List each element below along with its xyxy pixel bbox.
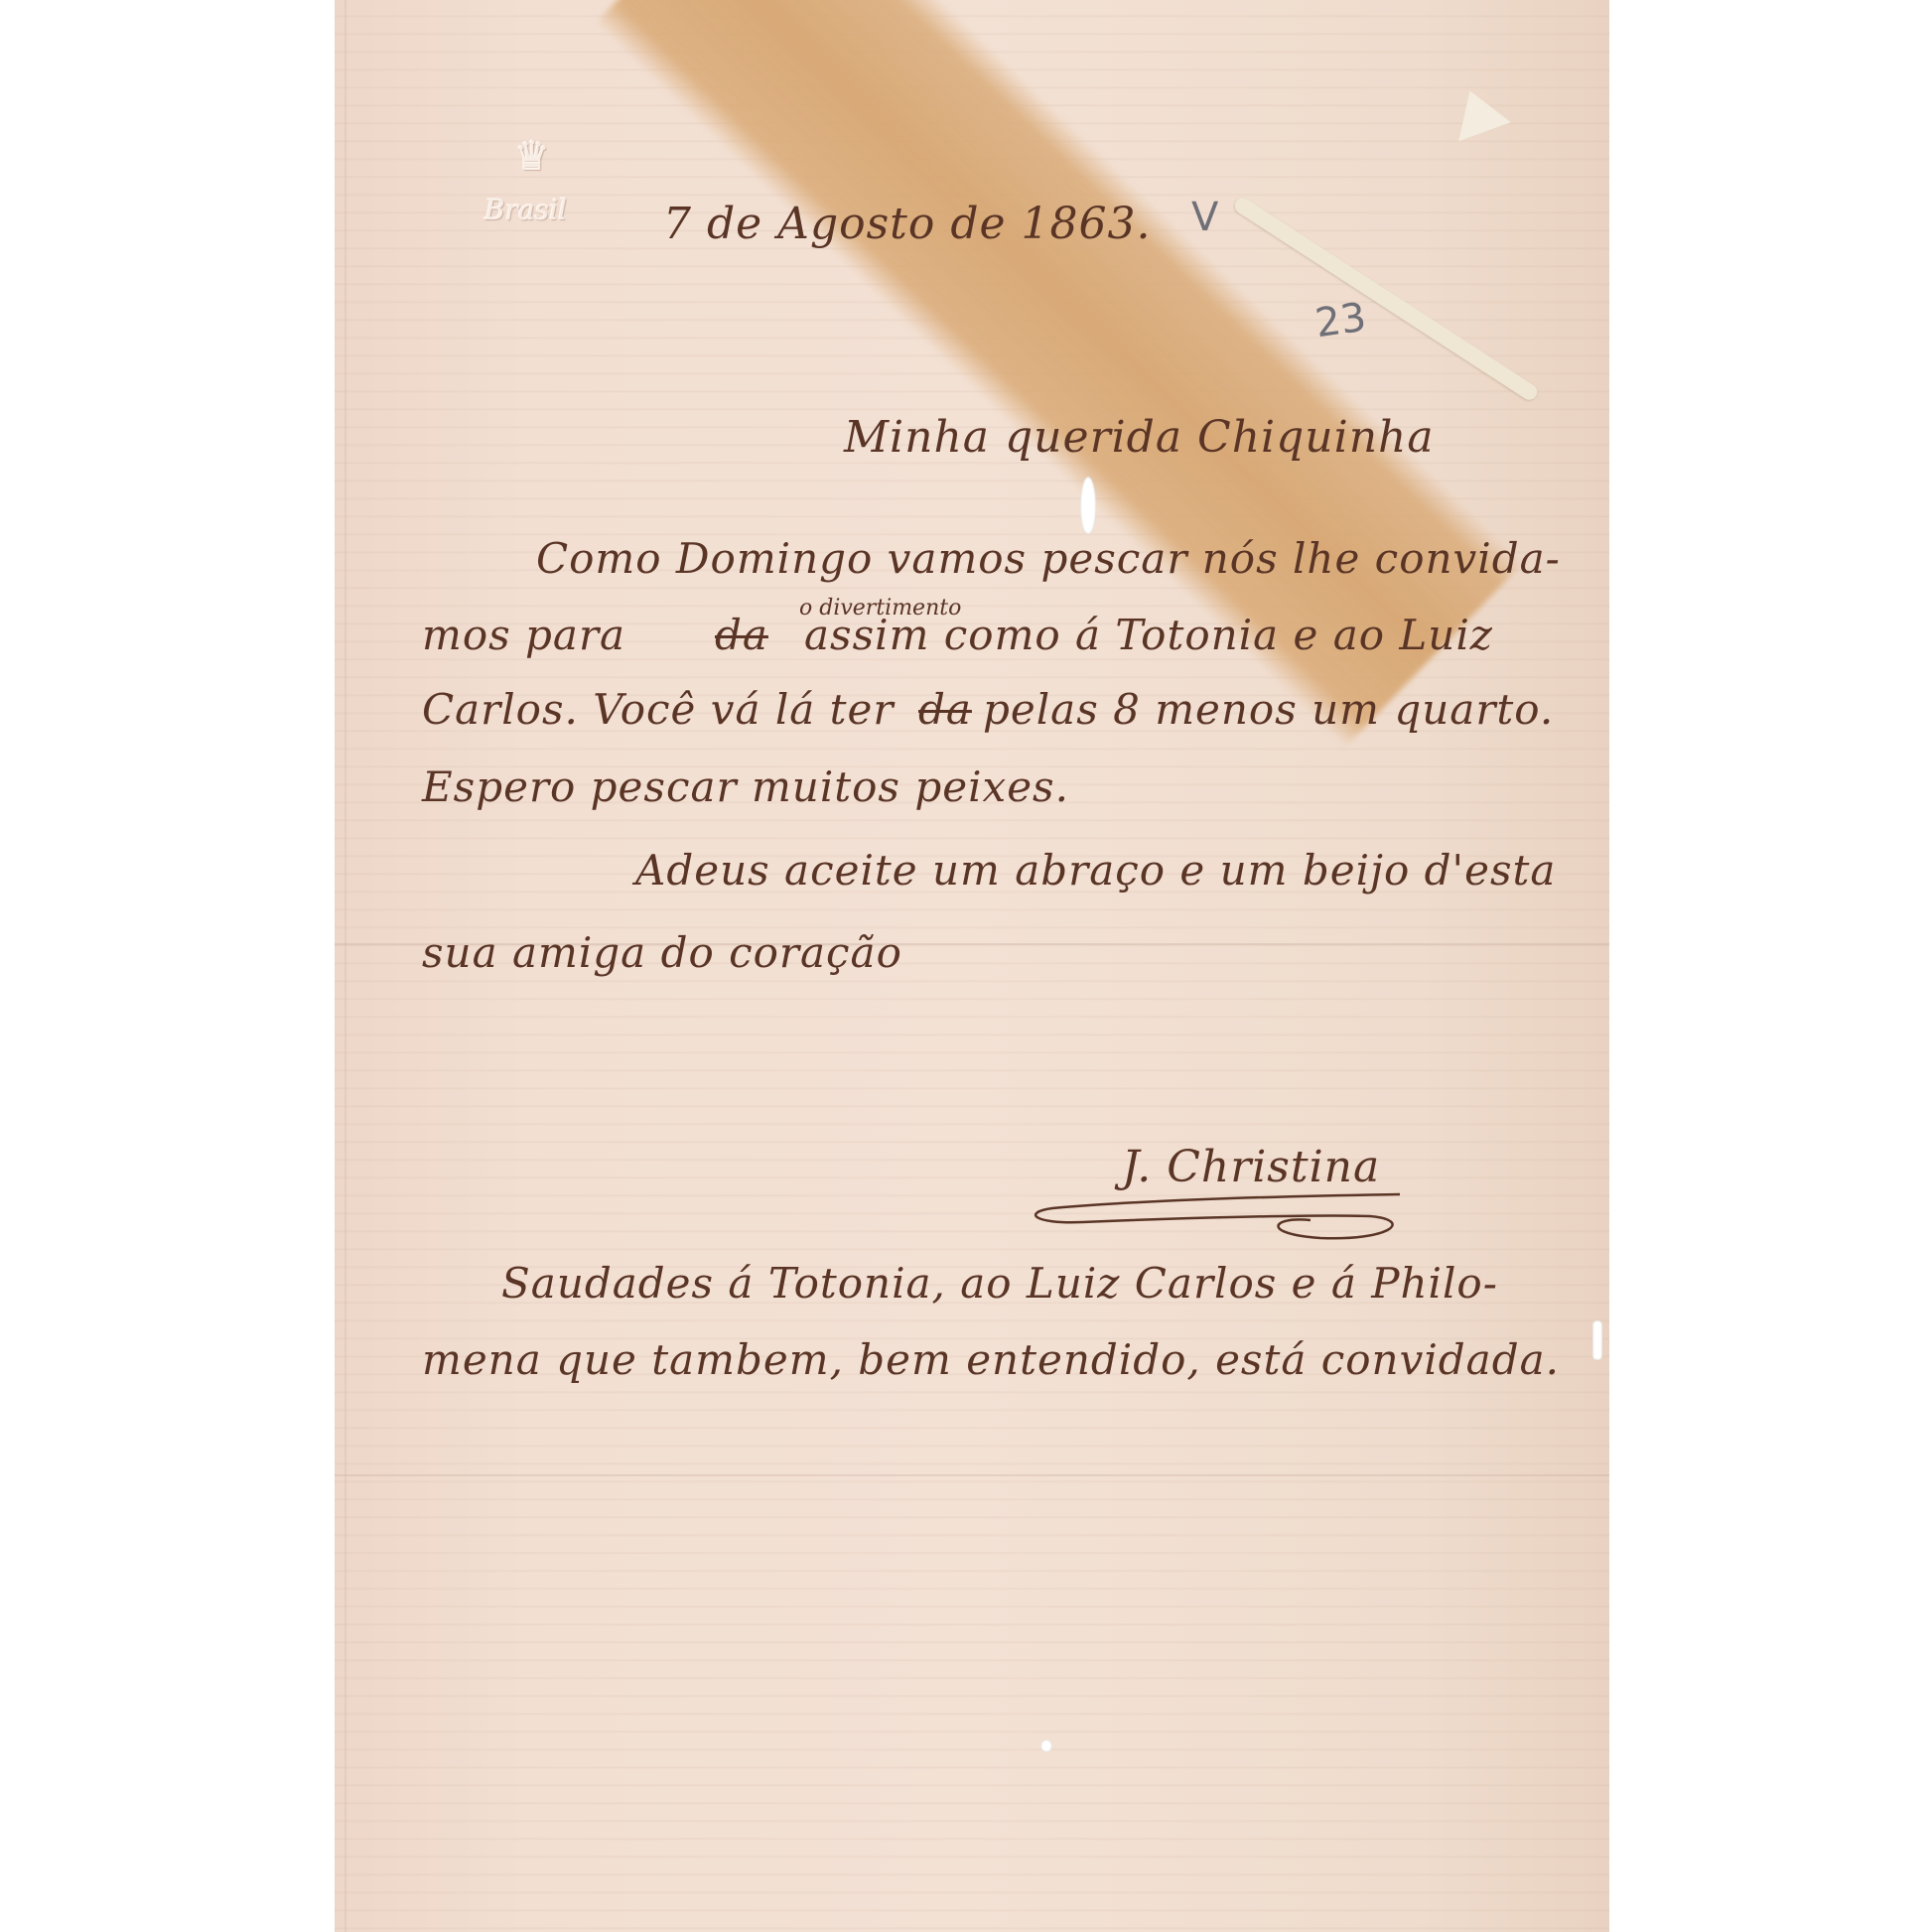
- tape-residue: [1444, 81, 1511, 141]
- crown-icon: ♛: [514, 134, 550, 180]
- archive-check-mark: V: [1191, 195, 1218, 240]
- body-line: Adeus aceite um abraço e um beijo d'esta: [635, 846, 1556, 895]
- paper-tear: [1592, 1320, 1602, 1360]
- paper-hole: [1040, 1739, 1052, 1752]
- letterhead-emboss-text: Brasil: [484, 194, 567, 226]
- body-line: assim como á Totonia e ao Luiz: [804, 611, 1493, 659]
- letter-date: 7 de Agosto de 1863.: [663, 199, 1152, 249]
- struck-word: da: [918, 685, 972, 734]
- postscript-line: Saudades á Totonia, ao Luiz Carlos e á P…: [501, 1259, 1498, 1308]
- body-line: Carlos. Você vá lá ter: [422, 685, 894, 734]
- body-line: sua amiga do coração: [422, 928, 902, 977]
- salutation: Minha querida Chiquinha: [844, 412, 1435, 463]
- signature-flourish: [1023, 1186, 1440, 1246]
- signature: J. Christina: [1122, 1142, 1380, 1192]
- struck-word: da: [715, 611, 768, 659]
- paper-hole: [1080, 477, 1096, 534]
- body-line: mos para: [422, 611, 625, 659]
- body-line: Como Domingo vamos pescar nós lhe convid…: [536, 534, 1561, 583]
- archive-folio-number: 23: [1312, 295, 1369, 347]
- fold-crease: [345, 0, 346, 1932]
- body-line: pelas 8 menos um quarto.: [983, 685, 1554, 734]
- fold-crease: [335, 1474, 1609, 1476]
- postscript-line: mena que tambem, bem entendido, está con…: [422, 1335, 1560, 1384]
- body-line: Espero pescar muitos peixes.: [422, 762, 1069, 811]
